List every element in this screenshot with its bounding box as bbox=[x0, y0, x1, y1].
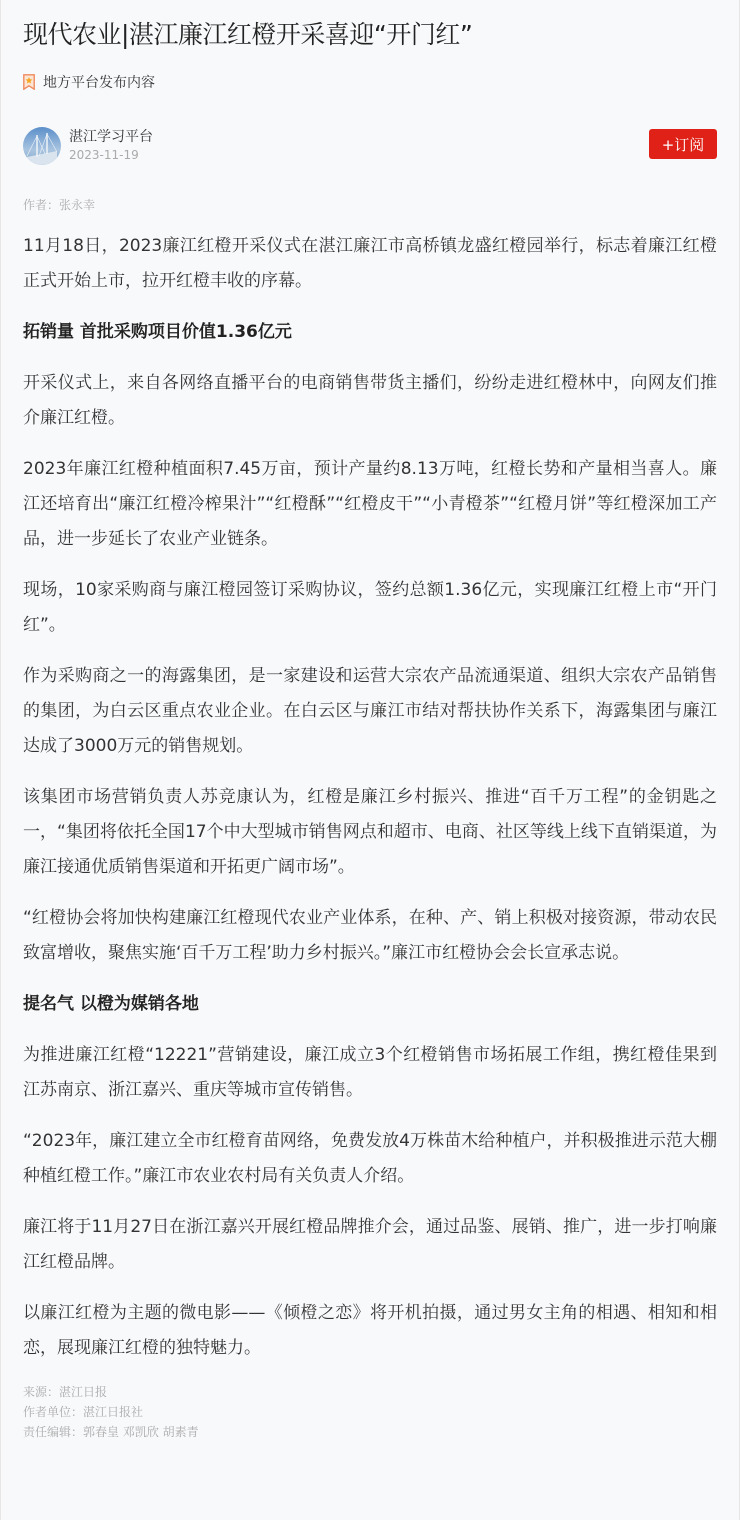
account-row: 湛江学习平台 2023-11-19 +订阅 bbox=[23, 126, 717, 166]
author-byline: 作者：张永幸 bbox=[23, 196, 717, 214]
article-body: 11月18日，2023廉江红橙开采仪式在湛江廉江市高桥镇龙盛红橙园举行，标志着廉… bbox=[23, 229, 717, 1366]
article-footer: 来源：湛江日报 作者单位：湛江日报社 责任编辑：郭春皇 邓凯欣 胡素青 bbox=[23, 1382, 717, 1442]
paragraph: 以廉江红橙为主题的微电影——《倾橙之恋》将开机拍摄，通过男女主角的相遇、相知和相… bbox=[23, 1296, 717, 1366]
paragraph: 为推进廉江红橙“12221”营销建设，廉江成立3个红橙销售市场拓展工作组，携红橙… bbox=[23, 1038, 717, 1108]
editors-line: 责任编辑：郭春皇 邓凯欣 胡素青 bbox=[23, 1422, 717, 1442]
section-heading: 拓销量 首批采购项目价值1.36亿元 bbox=[23, 315, 717, 350]
author-unit-line: 作者单位：湛江日报社 bbox=[23, 1402, 717, 1422]
source-line: 来源：湛江日报 bbox=[23, 1382, 717, 1402]
platform-tag-label: 地方平台发布内容 bbox=[43, 72, 155, 92]
paragraph: “2023年，廉江建立全市红橙育苗网络，免费发放4万株苗木给种植户，并积极推进示… bbox=[23, 1124, 717, 1194]
subscribe-button[interactable]: +订阅 bbox=[649, 129, 717, 159]
platform-tag: 地方平台发布内容 bbox=[23, 72, 717, 92]
paragraph: “红橙协会将加快构建廉江红橙现代农业产业体系，在种、产、销上积极对接资源，带动农… bbox=[23, 901, 717, 971]
account-name[interactable]: 湛江学习平台 bbox=[69, 128, 153, 146]
paragraph: 11月18日，2023廉江红橙开采仪式在湛江廉江市高桥镇龙盛红橙园举行，标志着廉… bbox=[23, 229, 717, 299]
article-title: 现代农业|湛江廉江红橙开采喜迎“开门红” bbox=[23, 0, 717, 52]
paragraph: 作为采购商之一的海露集团，是一家建设和运营大宗农产品流通渠道、组织大宗农产品销售… bbox=[23, 659, 717, 764]
paragraph: 现场，10家采购商与廉江橙园签订采购协议，签约总额1.36亿元，实现廉江红橙上市… bbox=[23, 573, 717, 643]
paragraph: 2023年廉江红橙种植面积7.45万亩，预计产量约8.13万吨，红橙长势和产量相… bbox=[23, 452, 717, 557]
paragraph: 廉江将于11月27日在浙江嘉兴开展红橙品牌推介会，通过品鉴、展销、推广，进一步打… bbox=[23, 1210, 717, 1280]
bookmark-star-icon bbox=[23, 74, 35, 90]
paragraph: 开采仪式上，来自各网络直播平台的电商销售带货主播们，纷纷走进红橙林中，向网友们推… bbox=[23, 366, 717, 436]
article-page: 现代农业|湛江廉江红橙开采喜迎“开门红” 地方平台发布内容 bbox=[1, 0, 739, 1442]
avatar[interactable] bbox=[23, 127, 61, 165]
publish-date: 2023-11-19 bbox=[69, 146, 153, 164]
paragraph: 该集团市场营销负责人苏竞康认为，红橙是廉江乡村振兴、推进“百千万工程”的金钥匙之… bbox=[23, 780, 717, 885]
section-heading: 提名气 以橙为媒销各地 bbox=[23, 987, 717, 1022]
account-info: 湛江学习平台 2023-11-19 bbox=[69, 128, 153, 164]
